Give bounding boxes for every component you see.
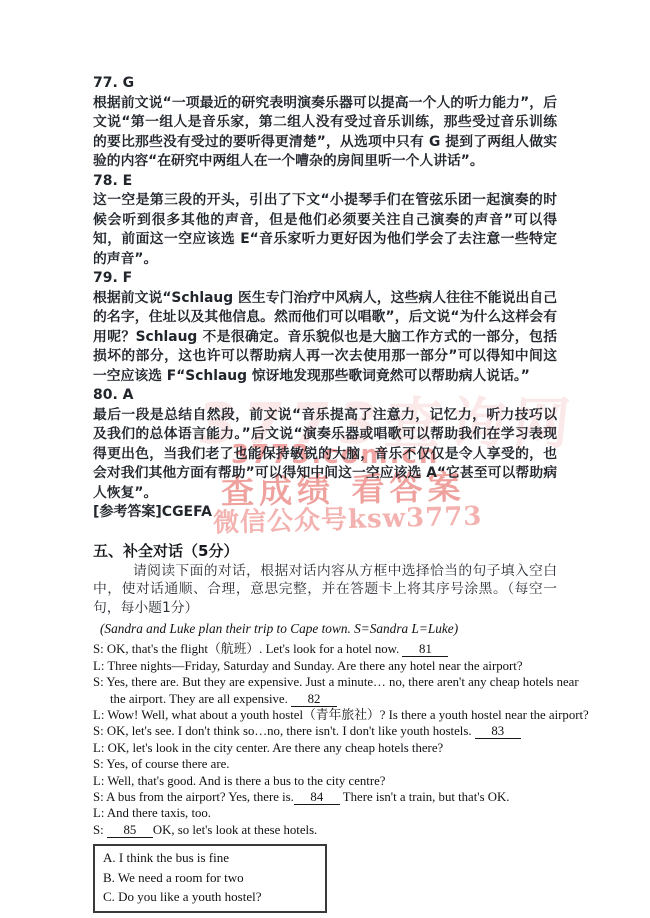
explanation-body: 最后一段是总结自然段，前文说“音乐提高了注意力，记忆力，听力技巧以及我们的总体语…	[93, 406, 557, 504]
dialogue-line: L: Wow! Well, what about a youth hostel（…	[93, 707, 557, 723]
explanation-head: 80. A	[93, 386, 557, 406]
dialogue-line: S: Yes, of course there are.	[93, 756, 557, 772]
explanation-body: 这一空是第三段的开头，引出了下文“小提琴手们在管弦乐团一起演奏的时候会听到很多其…	[93, 191, 557, 269]
dialogue-line: S: OK, let's see. I don't think so…no, t…	[93, 723, 557, 739]
dialogue-line: L: Well, that's good. And is there a bus…	[93, 773, 557, 789]
dialogue-line: L: Three nights—Friday, Saturday and Sun…	[93, 658, 557, 674]
dialogue-scene-line: (Sandra and Luke plan their trip to Cape…	[100, 620, 557, 637]
dialogue-line: the airport. They are all expensive. 82	[93, 691, 557, 707]
section-five-heading: 五、补全对话（5分）	[93, 540, 557, 562]
explanation-head: 78. E	[93, 172, 557, 192]
page-content: 77. G根据前文说“一项最近的研究表明演奏乐器可以提高一个人的听力能力”，后文…	[93, 74, 557, 913]
explanation-body: 根据前文说“Schlaug 医生专门治疗中风病人，这些病人往往不能说出自己的名字…	[93, 289, 557, 387]
option-item: A. I think the bus is fine	[103, 848, 319, 868]
dialogue-line: S: A bus from the airport? Yes, there is…	[93, 789, 557, 805]
explanation-body: 根据前文说“一项最近的研究表明演奏乐器可以提高一个人的听力能力”，后文说“第一组…	[93, 94, 557, 172]
dialogue-lines: S: OK, that's the flight（航班）. Let's look…	[93, 641, 557, 838]
option-item: C. Do you like a youth hostel?	[103, 887, 319, 907]
explanation-head: 79. F	[93, 269, 557, 289]
answer-blank: 83	[475, 725, 521, 739]
answer-blank: 81	[402, 643, 448, 657]
dialogue-line: L: OK, let's look in the city center. Ar…	[93, 740, 557, 756]
explanation-head: 77. G	[93, 74, 557, 94]
exam-answer-page: 3773查询网 3773.com.cn 查成绩 看答案 微信公众号ksw3773…	[0, 0, 650, 918]
options-box: A. I think the bus is fineB. We need a r…	[93, 844, 327, 913]
answer-blank: 82	[291, 693, 337, 707]
dialogue-line: S: 85OK, so let's look at these hotels.	[93, 822, 557, 838]
answer-explanations: 77. G根据前文说“一项最近的研究表明演奏乐器可以提高一个人的听力能力”，后文…	[93, 74, 557, 503]
options-list: A. I think the bus is fineB. We need a r…	[103, 848, 319, 907]
answer-blank: 84	[294, 791, 340, 805]
dialogue-line: L: And there taxis, too.	[93, 805, 557, 821]
answer-blank: 85	[107, 824, 153, 838]
dialogue-line: S: OK, that's the flight（航班）. Let's look…	[93, 641, 557, 657]
dialogue-line: S: Yes, there are. But they are expensiv…	[93, 674, 557, 690]
option-item: B. We need a room for two	[103, 868, 319, 888]
reference-answers: [参考答案]CGEFA	[93, 503, 557, 523]
section-five-instructions: 请阅读下面的对话，根据对话内容从方框中选择恰当的句子填入空白中，使对话通顺、合理…	[93, 562, 557, 618]
